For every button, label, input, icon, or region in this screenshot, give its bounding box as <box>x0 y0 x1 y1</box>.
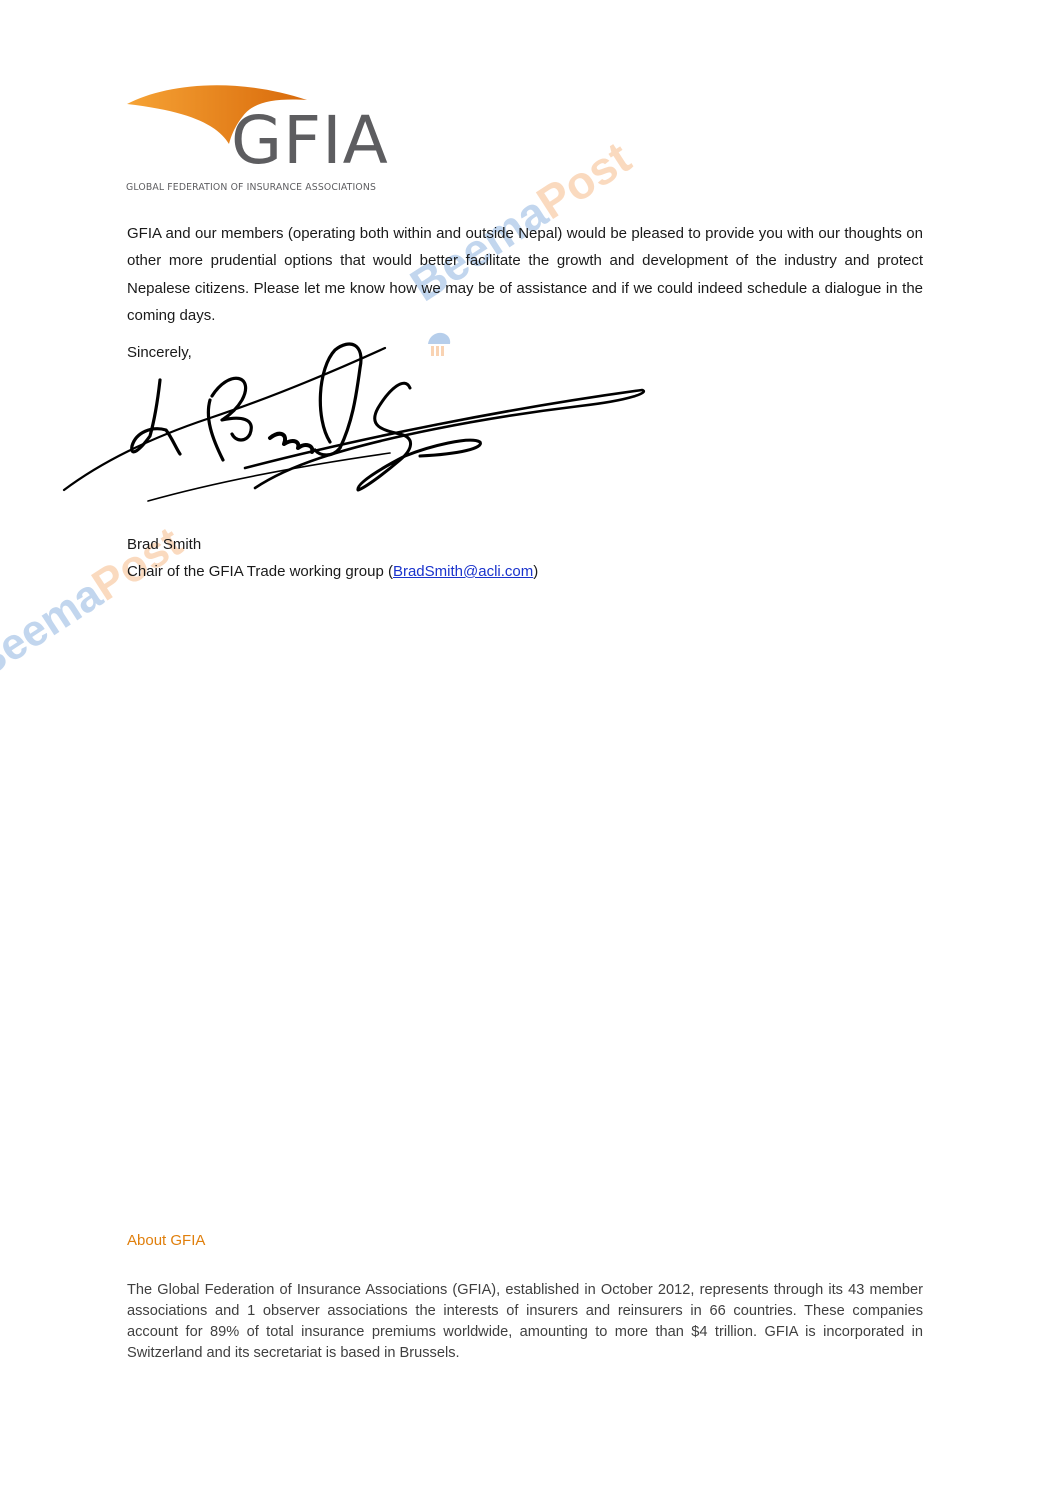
signer-title: Chair of the GFIA Trade working group (B… <box>127 563 538 580</box>
watermark-part2: Post <box>528 131 640 229</box>
logo-tagline: GLOBAL FEDERATION OF INSURANCE ASSOCIATI… <box>126 182 376 193</box>
letter-body-paragraph: GFIA and our members (operating both wit… <box>127 220 923 330</box>
logo-wordmark: GFIA <box>231 108 389 174</box>
watermark-part1: Beema <box>0 569 110 689</box>
signer-title-close: ) <box>533 563 538 580</box>
signature-icon <box>60 338 660 508</box>
signer-name: Brad Smith <box>127 536 201 553</box>
signer-title-text: Chair of the GFIA Trade working group ( <box>127 563 393 580</box>
about-paragraph: The Global Federation of Insurance Assoc… <box>127 1280 923 1364</box>
about-heading: About GFIA <box>127 1232 205 1249</box>
signer-email-link[interactable]: BradSmith@acli.com <box>393 563 533 580</box>
gfia-logo: GFIA GLOBAL FEDERATION OF INSURANCE ASSO… <box>125 78 390 196</box>
